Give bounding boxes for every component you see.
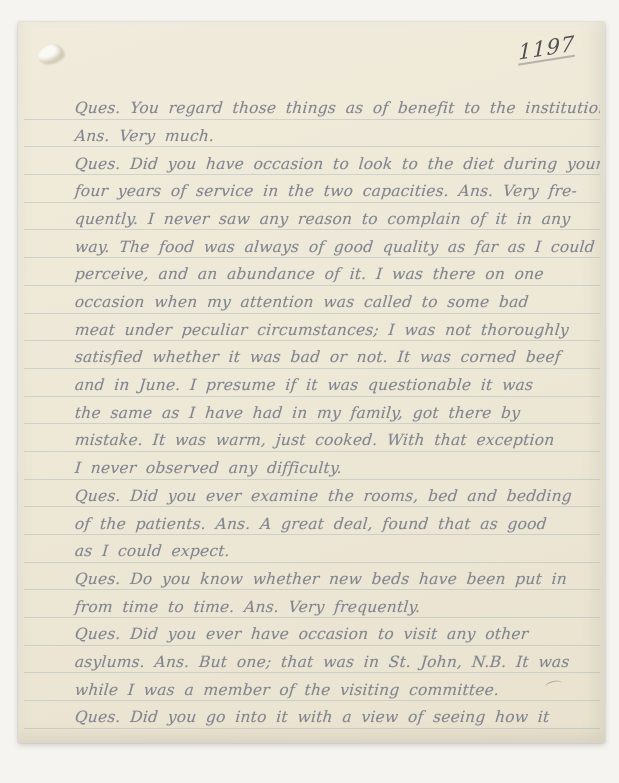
handwritten-text: Ques. Did you have occasion to look to t… xyxy=(74,157,600,175)
handwritten-text: while I was a member of the visiting com… xyxy=(74,683,500,701)
page-number: 1197 xyxy=(518,31,575,64)
handwritten-text: way. The food was always of good quality… xyxy=(74,240,595,258)
handwritten-line: Ques. Did you have occasion to look to t… xyxy=(24,147,600,175)
handwritten-line: Ques. Did you ever have occasion to visi… xyxy=(24,618,600,646)
handwritten-line: the same as I have had in my family, got… xyxy=(24,397,600,425)
handwritten-text: occasion when my attention was called to… xyxy=(74,295,529,313)
handwritten-text: satisfied whether it was bad or not. It … xyxy=(74,350,561,368)
handwritten-line: occasion when my attention was called to… xyxy=(24,286,600,314)
handwritten-text: meat under peculiar circumstances; I was… xyxy=(74,323,570,341)
handwritten-line: four years of service in the two capacit… xyxy=(24,175,600,203)
handwritten-line: while I was a member of the visiting com… xyxy=(24,673,600,701)
handwritten-text: of the patients. Ans. A great deal, foun… xyxy=(74,517,547,535)
handwritten-text: I never observed any difficulty. xyxy=(74,461,343,479)
handwritten-text: as I could expect. xyxy=(74,544,230,562)
handwritten-text: Ques. Did you ever have occasion to visi… xyxy=(74,627,529,645)
handwritten-line: perceive, and an abundance of it. I was … xyxy=(24,258,600,286)
handwritten-line: as I could expect. xyxy=(24,535,600,563)
handwritten-text: four years of service in the two capacit… xyxy=(74,184,578,202)
handwritten-line: way. The food was always of good quality… xyxy=(24,230,600,258)
handwritten-line: satisfied whether it was bad or not. It … xyxy=(24,341,600,369)
handwritten-text: Ques. You regard those things as of bene… xyxy=(74,101,600,119)
scanned-document: 1197 Ques. You regard those things as of… xyxy=(0,0,619,783)
handwritten-text: Ques. Did you go into it with a view of … xyxy=(74,710,550,728)
handwritten-line: mistake. It was warm, just cooked. With … xyxy=(24,424,600,452)
document-page: 1197 Ques. You regard those things as of… xyxy=(18,22,605,743)
handwritten-line: and in June. I presume if it was questio… xyxy=(24,369,600,397)
handwritten-text: quently. I never saw any reason to compl… xyxy=(74,212,571,230)
handwritten-line: I never observed any difficulty. xyxy=(24,452,600,480)
handwritten-text: perceive, and an abundance of it. I was … xyxy=(74,267,544,285)
handwritten-text: Ans. Very much. xyxy=(74,129,215,147)
handwritten-line: Ques. Did you ever examine the rooms, be… xyxy=(24,480,600,508)
handwritten-text: the same as I have had in my family, got… xyxy=(74,406,521,424)
handwritten-line: from time to time. Ans. Very frequently. xyxy=(24,590,600,618)
handwritten-line: Ques. Did you go into it with a view of … xyxy=(24,701,600,729)
handwritten-line: asylums. Ans. But one; that was in St. J… xyxy=(24,646,600,674)
paper-tear xyxy=(36,42,65,65)
handwritten-line: of the patients. Ans. A great deal, foun… xyxy=(24,507,600,535)
handwritten-text: mistake. It was warm, just cooked. With … xyxy=(74,433,555,451)
handwritten-line: meat under peculiar circumstances; I was… xyxy=(24,314,600,342)
handwritten-text: Ques. Do you know whether new beds have … xyxy=(74,572,568,590)
handwritten-line: quently. I never saw any reason to compl… xyxy=(24,203,600,231)
handwritten-text: from time to time. Ans. Very frequently. xyxy=(74,600,421,618)
handwritten-line: Ques. Do you know whether new beds have … xyxy=(24,563,600,591)
handwritten-line: Ques. You regard those things as of bene… xyxy=(24,92,600,120)
handwritten-text: and in June. I presume if it was questio… xyxy=(74,378,534,396)
handwritten-text: asylums. Ans. But one; that was in St. J… xyxy=(74,655,570,673)
handwritten-text: Ques. Did you ever examine the rooms, be… xyxy=(74,489,573,507)
handwritten-line: Ans. Very much. xyxy=(24,120,600,148)
handwriting-lines: Ques. You regard those things as of bene… xyxy=(24,92,600,729)
